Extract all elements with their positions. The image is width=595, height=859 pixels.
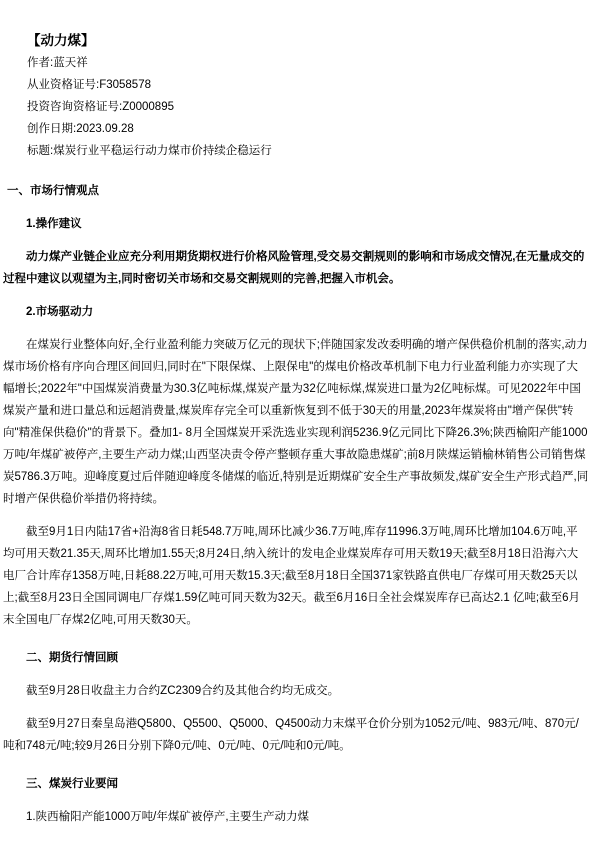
creation-date-line: 创作日期:2023.09.28 <box>27 118 589 140</box>
paragraph-futures-prices: 截至9月27日秦皇岛港Q5800、Q5500、Q5000、Q4500动力末煤平仓… <box>3 713 589 757</box>
document-header: 【动力煤】 作者:蓝天祥 从业资格证号:F3058578 投资咨询资格证号:Z0… <box>3 30 589 162</box>
license-number-line: 从业资格证号:F3058578 <box>27 74 589 96</box>
advisory-number-line: 投资咨询资格证号:Z0000895 <box>27 96 589 118</box>
subheading-market-driver: 2.市场驱动力 <box>3 301 589 323</box>
report-title: 【动力煤】 <box>27 30 589 52</box>
paragraph-news-item-1: 1.陕西榆阳产能1000万吨/年煤矿被停产,主要生产动力煤 <box>3 806 589 828</box>
section-heading-market-view: 一、市场行情观点 <box>3 180 589 202</box>
subheading-operation-advice: 1.操作建议 <box>3 213 589 235</box>
paragraph-futures-review: 截至9月28日收盘主力合约ZC2309合约及其他合约均无成交。 <box>3 680 589 702</box>
paragraph-operation-advice: 动力煤产业链企业应充分利用期货期权进行价格风险管理,受交易交割规则的影响和市场成… <box>3 246 589 290</box>
section-heading-futures-review: 二、期货行情回顾 <box>3 647 589 669</box>
section-heading-industry-news: 三、煤炭行业要闻 <box>3 773 589 795</box>
paragraph-market-driver-1: 在煤炭行业整体向好,全行业盈利能力突破万亿元的现状下;伴随国家发改委明确的增产保… <box>3 334 589 510</box>
report-document: 【动力煤】 作者:蓝天祥 从业资格证号:F3058578 投资咨询资格证号:Z0… <box>0 0 595 859</box>
author-line: 作者:蓝天祥 <box>27 52 589 74</box>
paragraph-market-driver-2: 截至9月1日内陆17省+沿海8省日耗548.7万吨,周环比减少36.7万吨,库存… <box>3 521 589 631</box>
subject-line: 标题:煤炭行业平稳运行动力煤市价持续企稳运行 <box>27 140 589 162</box>
